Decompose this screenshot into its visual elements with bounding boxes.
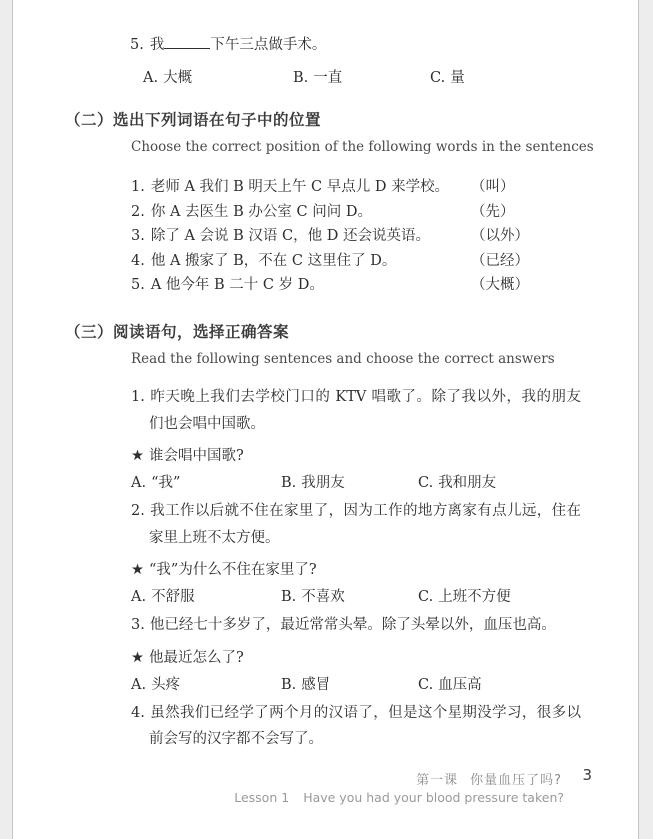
option-c: C.我和朋友 xyxy=(418,470,581,496)
footer-lesson-en: Lesson 1 xyxy=(234,790,289,805)
passage-number: 3. xyxy=(131,617,145,633)
option-b: B.我朋友 xyxy=(281,470,418,496)
item-number: 4. xyxy=(131,253,145,269)
option-a-label: A. xyxy=(143,70,158,86)
option-b: B.不喜欢 xyxy=(281,584,418,610)
option-a-text: “我” xyxy=(151,475,180,491)
item-number: 3. xyxy=(131,228,145,244)
item-text: 你 A 去医生 B 办公室 C 问问 D。 xyxy=(151,204,372,220)
passage-options: A.“我” B.我朋友 C.我和朋友 xyxy=(131,470,581,496)
option-c: C.血压高 xyxy=(418,672,581,698)
star-question-text: “我”为什么不住在家里了? xyxy=(149,562,317,578)
option-a-text: 头疼 xyxy=(151,677,180,693)
star-question: ★谁会唱中国歌? xyxy=(131,443,581,469)
passage-number: 2. xyxy=(131,503,145,519)
option-b-label: B. xyxy=(293,70,308,86)
viewer-canvas: 5.我下午三点做手术。 A.大概 B.一直 C.量 （二）选出下列词语在句子中的… xyxy=(0,0,653,839)
page-number: 3 xyxy=(582,766,592,784)
section-two: （二）选出下列词语在句子中的位置 Choose the correct posi… xyxy=(65,109,600,298)
item-text: A 他今年 B 二十 C 岁 D。 xyxy=(151,277,324,293)
passage: 3.他已经七十多岁了，最近常常头晕。除了头晕以外，血压也高。 xyxy=(131,612,581,639)
passage: 2.我工作以后就不住在家里了，因为工作的地方离家有点儿远，住在家里上班不太方便。 xyxy=(131,498,581,551)
section-two-heading: （二）选出下列词语在句子中的位置 xyxy=(65,109,600,131)
star-icon: ★ xyxy=(131,562,144,578)
question-text-before: 我 xyxy=(150,37,165,53)
item-word: （先） xyxy=(471,200,515,225)
star-icon: ★ xyxy=(131,448,144,464)
option-c: C.量 xyxy=(430,65,590,91)
section-three: （三）阅读语句，选择正确答案 Read the following senten… xyxy=(65,321,600,753)
footer-english: Lesson 1Have you had your blood pressure… xyxy=(234,790,564,805)
question-5-options: A.大概 B.一直 C.量 xyxy=(143,65,590,91)
option-b-text: 我朋友 xyxy=(301,475,345,491)
question-number: 5. xyxy=(130,37,144,53)
passage: 4.虽然我们已经学了两个月的汉语了，但是这个星期没学习，很多以前会写的汉字都不会… xyxy=(131,700,581,753)
position-item: 4.他 A 搬家了 B，不在 C 这里住了 D。 （已经） xyxy=(131,249,551,274)
option-c-text: 上班不方便 xyxy=(438,589,511,605)
item-number: 1. xyxy=(131,179,145,195)
option-a-text: 不舒服 xyxy=(151,589,195,605)
option-b-label: B. xyxy=(281,589,296,605)
passage-options: A.不舒服 B.不喜欢 C.上班不方便 xyxy=(131,584,581,610)
item-text: 除了 A 会说 B 汉语 C，他 D 还会说英语。 xyxy=(151,228,430,244)
passage: 1.昨天晚上我们去学校门口的 KTV 唱歌了。除了我以外，我的朋友们也会唱中国歌… xyxy=(131,384,581,437)
section-two-subtitle: Choose the correct position of the follo… xyxy=(131,138,600,156)
position-item: 5.A 他今年 B 二十 C 岁 D。 （大概） xyxy=(131,273,551,298)
position-item: 1.老师 A 我们 B 明天上午 C 早点儿 D 来学校。 （叫） xyxy=(131,175,551,200)
footer-title-zh: 你量血压了吗? xyxy=(470,773,562,788)
footer-chinese: 第一课你量血压了吗? xyxy=(416,769,562,788)
passage-options: A.头疼 B.感冒 C.血压高 xyxy=(131,672,581,698)
option-b: B.感冒 xyxy=(281,672,418,698)
section-two-items: 1.老师 A 我们 B 明天上午 C 早点儿 D 来学校。 （叫） 2.你 A … xyxy=(131,175,551,298)
option-a: A.大概 xyxy=(143,65,293,91)
option-a: A.“我” xyxy=(131,470,281,496)
option-b-label: B. xyxy=(281,677,296,693)
question-5-sentence: 5.我下午三点做手术。 xyxy=(130,34,590,56)
question-text-after: 下午三点做手术。 xyxy=(210,37,326,53)
star-question: ★“我”为什么不住在家里了? xyxy=(131,557,581,583)
passage-text: 他已经七十多岁了，最近常常头晕。除了头晕以外，血压也高。 xyxy=(150,617,556,633)
option-b-text: 感冒 xyxy=(301,677,330,693)
fill-in-blank xyxy=(164,35,210,49)
position-item: 2.你 A 去医生 B 办公室 C 问问 D。 （先） xyxy=(131,200,551,225)
passage-text: 我工作以后就不住在家里了，因为工作的地方离家有点儿远，住在家里上班不太方便。 xyxy=(149,503,581,546)
option-c-text: 量 xyxy=(450,70,465,86)
option-c-label: C. xyxy=(430,70,445,86)
footer-lesson-zh: 第一课 xyxy=(416,773,458,788)
option-c-text: 我和朋友 xyxy=(438,475,496,491)
option-a-label: A. xyxy=(131,589,146,605)
item-word: （以外） xyxy=(471,224,529,249)
item-text: 老师 A 我们 B 明天上午 C 早点儿 D 来学校。 xyxy=(151,179,449,195)
section-three-heading: （三）阅读语句，选择正确答案 xyxy=(65,321,600,343)
star-question-text: 他最近怎么了? xyxy=(149,650,244,666)
option-c: C.上班不方便 xyxy=(418,584,581,610)
passage-text: 昨天晚上我们去学校门口的 KTV 唱歌了。除了我以外，我的朋友们也会唱中国歌。 xyxy=(149,389,581,432)
item-word: （大概） xyxy=(471,273,529,298)
option-a-label: A. xyxy=(131,475,146,491)
option-a-label: A. xyxy=(131,677,146,693)
option-a: A.不舒服 xyxy=(131,584,281,610)
option-c-label: C. xyxy=(418,589,433,605)
star-icon: ★ xyxy=(131,650,144,666)
section-three-content: 1.昨天晚上我们去学校门口的 KTV 唱歌了。除了我以外，我的朋友们也会唱中国歌… xyxy=(131,384,581,753)
item-word: （已经） xyxy=(471,249,529,274)
option-b-text: 一直 xyxy=(313,70,342,86)
option-c-label: C. xyxy=(418,677,433,693)
passage-text: 虽然我们已经学了两个月的汉语了，但是这个星期没学习，很多以前会写的汉字都不会写了… xyxy=(149,705,581,748)
option-a: A.头疼 xyxy=(131,672,281,698)
option-a-text: 大概 xyxy=(163,70,192,86)
option-b: B.一直 xyxy=(293,65,430,91)
question-5-block: 5.我下午三点做手术。 A.大概 B.一直 C.量 xyxy=(130,34,590,91)
option-c-label: C. xyxy=(418,475,433,491)
option-b-label: B. xyxy=(281,475,296,491)
textbook-page: 5.我下午三点做手术。 A.大概 B.一直 C.量 （二）选出下列词语在句子中的… xyxy=(12,0,639,839)
footer-title-en: Have you had your blood pressure taken? xyxy=(303,790,564,805)
passage-number: 4. xyxy=(131,705,145,721)
section-three-subtitle: Read the following sentences and choose … xyxy=(131,350,600,368)
item-word: （叫） xyxy=(471,175,515,200)
item-number: 2. xyxy=(131,204,145,220)
option-c-text: 血压高 xyxy=(438,677,482,693)
item-text: 他 A 搬家了 B，不在 C 这里住了 D。 xyxy=(151,253,397,269)
item-number: 5. xyxy=(131,277,145,293)
star-question-text: 谁会唱中国歌? xyxy=(149,448,244,464)
star-question: ★他最近怎么了? xyxy=(131,645,581,671)
passage-number: 1. xyxy=(131,389,145,405)
position-item: 3.除了 A 会说 B 汉语 C，他 D 还会说英语。 （以外） xyxy=(131,224,551,249)
option-b-text: 不喜欢 xyxy=(301,589,345,605)
